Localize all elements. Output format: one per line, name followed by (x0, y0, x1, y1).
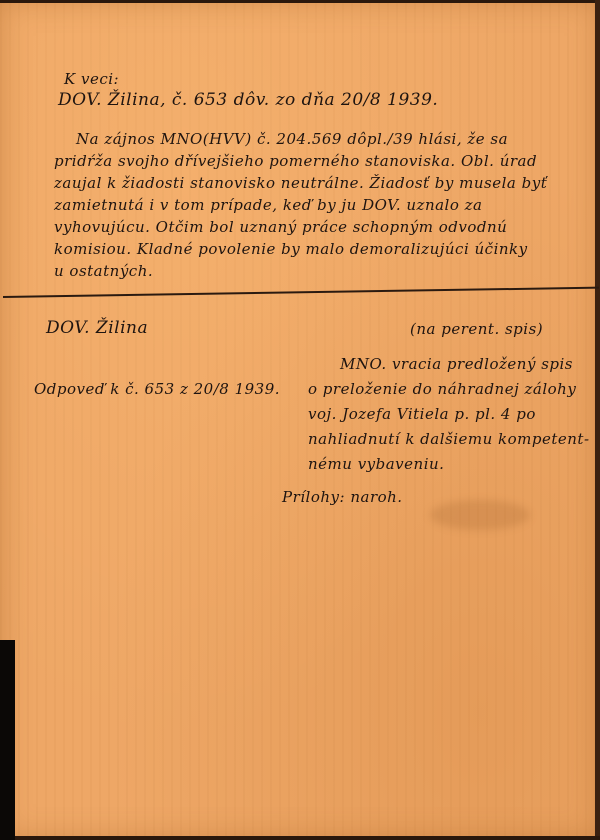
scan-edge-right (595, 0, 600, 840)
body-line: vyhovujúcu. Otčim bol uznaný práce schop… (54, 218, 507, 236)
body-line: Na zájnos MNO(HVV) č. 204.569 dôpl./39 h… (76, 130, 508, 148)
reply-line: nahliadnutí k dalšiemu kompetent- (308, 430, 590, 448)
addressee: DOV. Žilina (46, 318, 148, 338)
reply-line: o preloženie do náhradnej zálohy (308, 380, 576, 398)
reply-reference: Odpoveď k č. 653 z 20/8 1939. (34, 380, 280, 398)
body-line: zaujal k žiadosti stanovisko neutrálne. … (54, 174, 547, 192)
body-line: komisiou. Kladné povolenie by malo demor… (54, 240, 528, 258)
faded-stamp-mark (430, 500, 530, 530)
reply-line: MNO. vracia predložený spis (340, 355, 573, 373)
reply-line: nému vybaveniu. (308, 455, 444, 473)
scan-edge-top (0, 0, 600, 3)
reference-line: DOV. Žilina, č. 653 dôv. zo dňa 20/8 193… (58, 90, 438, 110)
document-page: K veci: DOV. Žilina, č. 653 dôv. zo dňa … (0, 0, 600, 840)
body-line: zamietnutá i v tom prípade, keď by ju DO… (54, 196, 483, 214)
note: (na perent. spis) (410, 320, 543, 338)
subject-label: K veci: (64, 70, 119, 88)
scan-edge-left (0, 640, 15, 840)
attachments: Prílohy: naroh. (282, 488, 403, 506)
body-line: u ostatných. (54, 262, 153, 280)
reply-line: voj. Jozefa Vitiela p. pl. 4 po (308, 405, 536, 423)
body-line: pridŕža svojho dřívejšieho pomerného sta… (54, 152, 537, 170)
scan-edge-bottom (15, 836, 600, 840)
section-divider-line (3, 287, 599, 298)
